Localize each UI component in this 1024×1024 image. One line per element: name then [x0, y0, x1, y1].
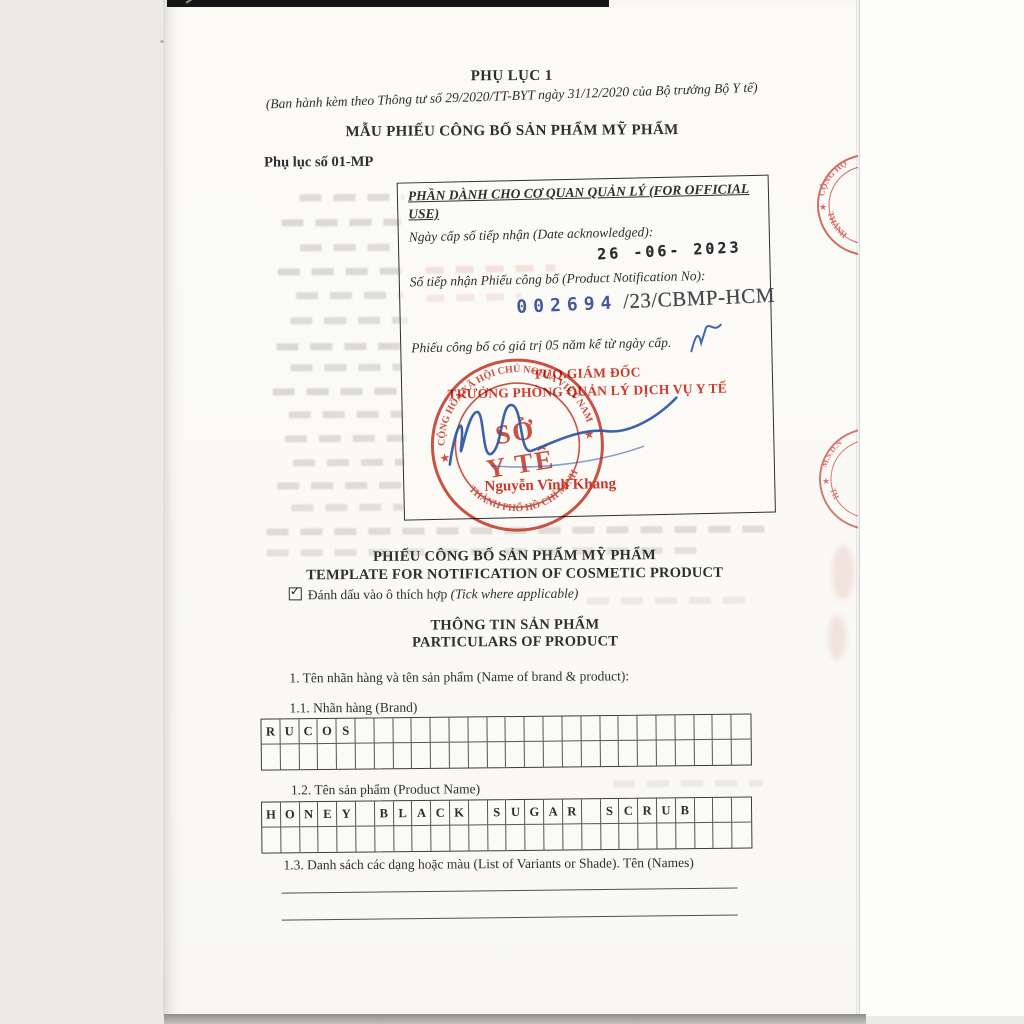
bleed-through-text — [289, 411, 404, 419]
svg-text:TH: TH — [828, 487, 841, 501]
grid-cell — [299, 744, 318, 769]
grid-cell — [714, 823, 733, 848]
form-template-title: MẪU PHIẾU CÔNG BỐ SẢN PHẨM MỸ PHẨM — [262, 122, 762, 142]
grid-cell: O — [318, 719, 337, 744]
grid-cell: G — [525, 800, 544, 825]
grid-cell — [412, 743, 431, 768]
grid-cell — [487, 742, 506, 767]
grid-cell — [695, 823, 714, 848]
grid-cell — [281, 827, 300, 852]
grid-cell — [582, 824, 601, 849]
grid-cell — [525, 717, 544, 742]
bleed-through-text — [278, 268, 406, 276]
grid-cell — [581, 741, 600, 766]
checked-checkbox-icon: ✓ — [289, 587, 302, 600]
validity-note: Phiếu công bố có giá trị 05 năm kể từ ng… — [411, 335, 671, 357]
grid-cell: R — [563, 799, 582, 824]
grid-cell — [713, 740, 732, 765]
tick-instruction-line: ✓Đánh dấu vào ô thích hợp (Tick where ap… — [289, 586, 579, 604]
bleed-through-text — [290, 364, 402, 372]
grid-cell — [732, 715, 751, 740]
bleed-through-text — [296, 292, 404, 300]
grid-cell: E — [318, 802, 337, 827]
grid-cell: B — [676, 798, 695, 823]
bleed-through-text — [285, 435, 407, 443]
grid-cell — [675, 740, 694, 765]
grid-cell: U — [506, 800, 525, 825]
grid-cell — [431, 743, 450, 768]
grid-cell — [394, 826, 413, 851]
grid-cell — [487, 717, 506, 742]
grid-cell: L — [394, 801, 413, 826]
edge-stamp-star: ★ — [822, 476, 830, 486]
notification-number-code: /23/CBMP-HCM — [617, 283, 776, 314]
grid-cell: R — [261, 719, 280, 744]
grid-cell: A — [544, 800, 563, 825]
date-stamp: 26 -06- 2023 — [597, 238, 742, 263]
grid-cell — [694, 740, 713, 765]
edge-stamp-star: ★ — [819, 202, 827, 212]
grid-cell: S — [488, 800, 507, 825]
brand-letter-grid: RUCOS — [260, 714, 752, 771]
grid-cell — [281, 744, 300, 769]
grid-cell — [337, 827, 356, 852]
svg-text:CỘNG HỌ: CỘNG HỌ — [816, 158, 849, 197]
grid-cell — [582, 799, 601, 824]
bleed-through-text — [277, 482, 407, 490]
grid-cell — [732, 798, 751, 823]
grid-cell — [318, 744, 337, 769]
product-name-letter-grid: HONEYBLACKSUGARSCRUB — [261, 797, 753, 854]
official-use-box: PHẦN DÀNH CHO CƠ QUAN QUẢN LÝ (FOR OFFIC… — [397, 175, 776, 521]
grid-cell — [262, 827, 281, 852]
grid-cell — [450, 717, 469, 742]
grid-cell — [450, 742, 469, 767]
grid-cell: C — [619, 799, 638, 824]
grid-cell — [732, 823, 751, 848]
grid-cell — [544, 717, 563, 742]
grid-cell: S — [600, 799, 619, 824]
bleed-through-text — [587, 597, 757, 605]
grid-cell — [563, 824, 582, 849]
grid-cell — [544, 825, 563, 850]
grid-cell: B — [375, 801, 394, 826]
grid-cell — [657, 740, 676, 765]
stamp-ink-smudge — [832, 545, 854, 600]
grid-cell — [469, 825, 488, 850]
grid-cell — [581, 716, 600, 741]
grid-cell — [732, 740, 751, 765]
grid-cell — [676, 823, 695, 848]
grid-cell — [375, 826, 394, 851]
bleed-through-text — [273, 388, 408, 396]
notification-number-stamped: 002694 — [516, 293, 618, 318]
appendix-number: Phụ lục số 01-MP — [264, 154, 373, 172]
grid-cell: O — [281, 802, 300, 827]
item1-label: 1. Tên nhãn hàng và tên sản phẩm (Name o… — [289, 668, 629, 686]
variants-blank-line-2 — [282, 914, 738, 920]
grid-cell — [619, 741, 638, 766]
grid-cell — [319, 827, 338, 852]
grid-cell — [525, 742, 544, 767]
grid-cell — [412, 718, 431, 743]
grid-cell — [657, 823, 676, 848]
grid-cell — [526, 825, 545, 850]
bleed-through-text — [290, 317, 408, 325]
grid-cell — [356, 826, 375, 851]
grid-cell — [337, 744, 356, 769]
grid-cell: S — [337, 719, 356, 744]
tick-instruction-en: (Tick where applicable) — [451, 586, 579, 602]
grid-cell: N — [300, 802, 319, 827]
variants-blank-line-1 — [282, 887, 738, 893]
edge-stamp-middle: M.S.D.N TH ★ — [812, 424, 858, 536]
item11-brand-label: 1.1. Nhãn hàng (Brand) — [289, 700, 417, 717]
bleed-through-text — [426, 293, 521, 302]
grid-cell — [393, 743, 412, 768]
item12-product-name-label: 1.2. Tên sản phẩm (Product Name) — [291, 781, 480, 798]
item13-variants-label: 1.3. Danh sách các dạng hoặc màu (List o… — [283, 855, 693, 874]
grid-cell — [488, 825, 507, 850]
grid-cell — [694, 798, 713, 823]
grid-cell: R — [638, 799, 657, 824]
declaration-title-en: TEMPLATE FOR NOTIFICATION OF COSMETIC PR… — [265, 565, 765, 585]
grid-cell — [507, 825, 526, 850]
grid-cell — [262, 744, 281, 769]
grid-cell — [355, 718, 374, 743]
bleed-through-text — [293, 459, 405, 467]
grid-cell — [431, 718, 450, 743]
edge-stamp-top: CỘNG HỌ THÀNH ★ — [806, 148, 858, 262]
bleed-through-text — [291, 504, 403, 512]
grid-cell: Y — [337, 802, 356, 827]
signature-initial-mark — [687, 321, 728, 358]
grid-cell — [713, 798, 732, 823]
grid-cell — [620, 824, 639, 849]
notification-number: 002694 /23/CBMP-HCM — [516, 283, 775, 319]
grid-cell: C — [431, 801, 450, 826]
grid-cell — [562, 716, 581, 741]
grid-cell — [300, 827, 319, 852]
grid-cell — [638, 824, 657, 849]
grid-cell: U — [657, 798, 676, 823]
tick-instruction-vi: Đánh dấu vào ô thích hợp — [308, 586, 451, 602]
grid-cell — [601, 824, 620, 849]
official-use-title: PHẦN DÀNH CHO CƠ QUAN QUẢN LÝ (FOR OFFIC… — [408, 180, 757, 223]
grid-cell — [356, 743, 375, 768]
grid-cell — [375, 743, 394, 768]
bleed-through-text — [613, 780, 763, 788]
grid-cell — [619, 716, 638, 741]
signature — [430, 379, 687, 485]
grid-cell — [713, 715, 732, 740]
grid-cell — [506, 717, 525, 742]
grid-cell — [469, 742, 488, 767]
stamp-ink-smudge — [828, 615, 846, 660]
bleed-through-text — [276, 343, 408, 351]
grid-cell — [468, 717, 487, 742]
bleed-through-text — [282, 219, 402, 227]
grid-cell — [563, 741, 582, 766]
grid-cell — [694, 715, 713, 740]
grid-cell — [638, 716, 657, 741]
grid-cell — [356, 801, 375, 826]
grid-cell — [600, 716, 619, 741]
date-acknowledged-label: Ngày cấp số tiếp nhận (Date acknowledged… — [409, 224, 654, 245]
bleed-through-text — [299, 194, 404, 202]
grid-cell — [600, 741, 619, 766]
scanned-document: PHỤ LỤC 1 (Ban hành kèm theo Thông tư số… — [0, 0, 1024, 1024]
grid-cell — [656, 715, 675, 740]
grid-cell — [413, 826, 432, 851]
grid-cell — [393, 718, 412, 743]
grid-cell — [450, 825, 469, 850]
grid-cell — [431, 826, 450, 851]
grid-cell: K — [450, 800, 469, 825]
grid-cell: C — [299, 719, 318, 744]
grid-cell: A — [412, 801, 431, 826]
bleed-through-text — [300, 244, 400, 252]
grid-cell: H — [262, 802, 281, 827]
grid-cell — [469, 800, 488, 825]
section-title-en: PARTICULARS OF PRODUCT — [265, 633, 765, 653]
grid-cell — [544, 742, 563, 767]
grid-cell — [638, 741, 657, 766]
grid-cell — [374, 718, 393, 743]
grid-cell: U — [280, 719, 299, 744]
grid-cell — [675, 715, 694, 740]
declaration-title-vi: PHIẾU CÔNG BỐ SẢN PHẨM MỸ PHẨM — [265, 547, 765, 567]
grid-cell — [506, 742, 525, 767]
